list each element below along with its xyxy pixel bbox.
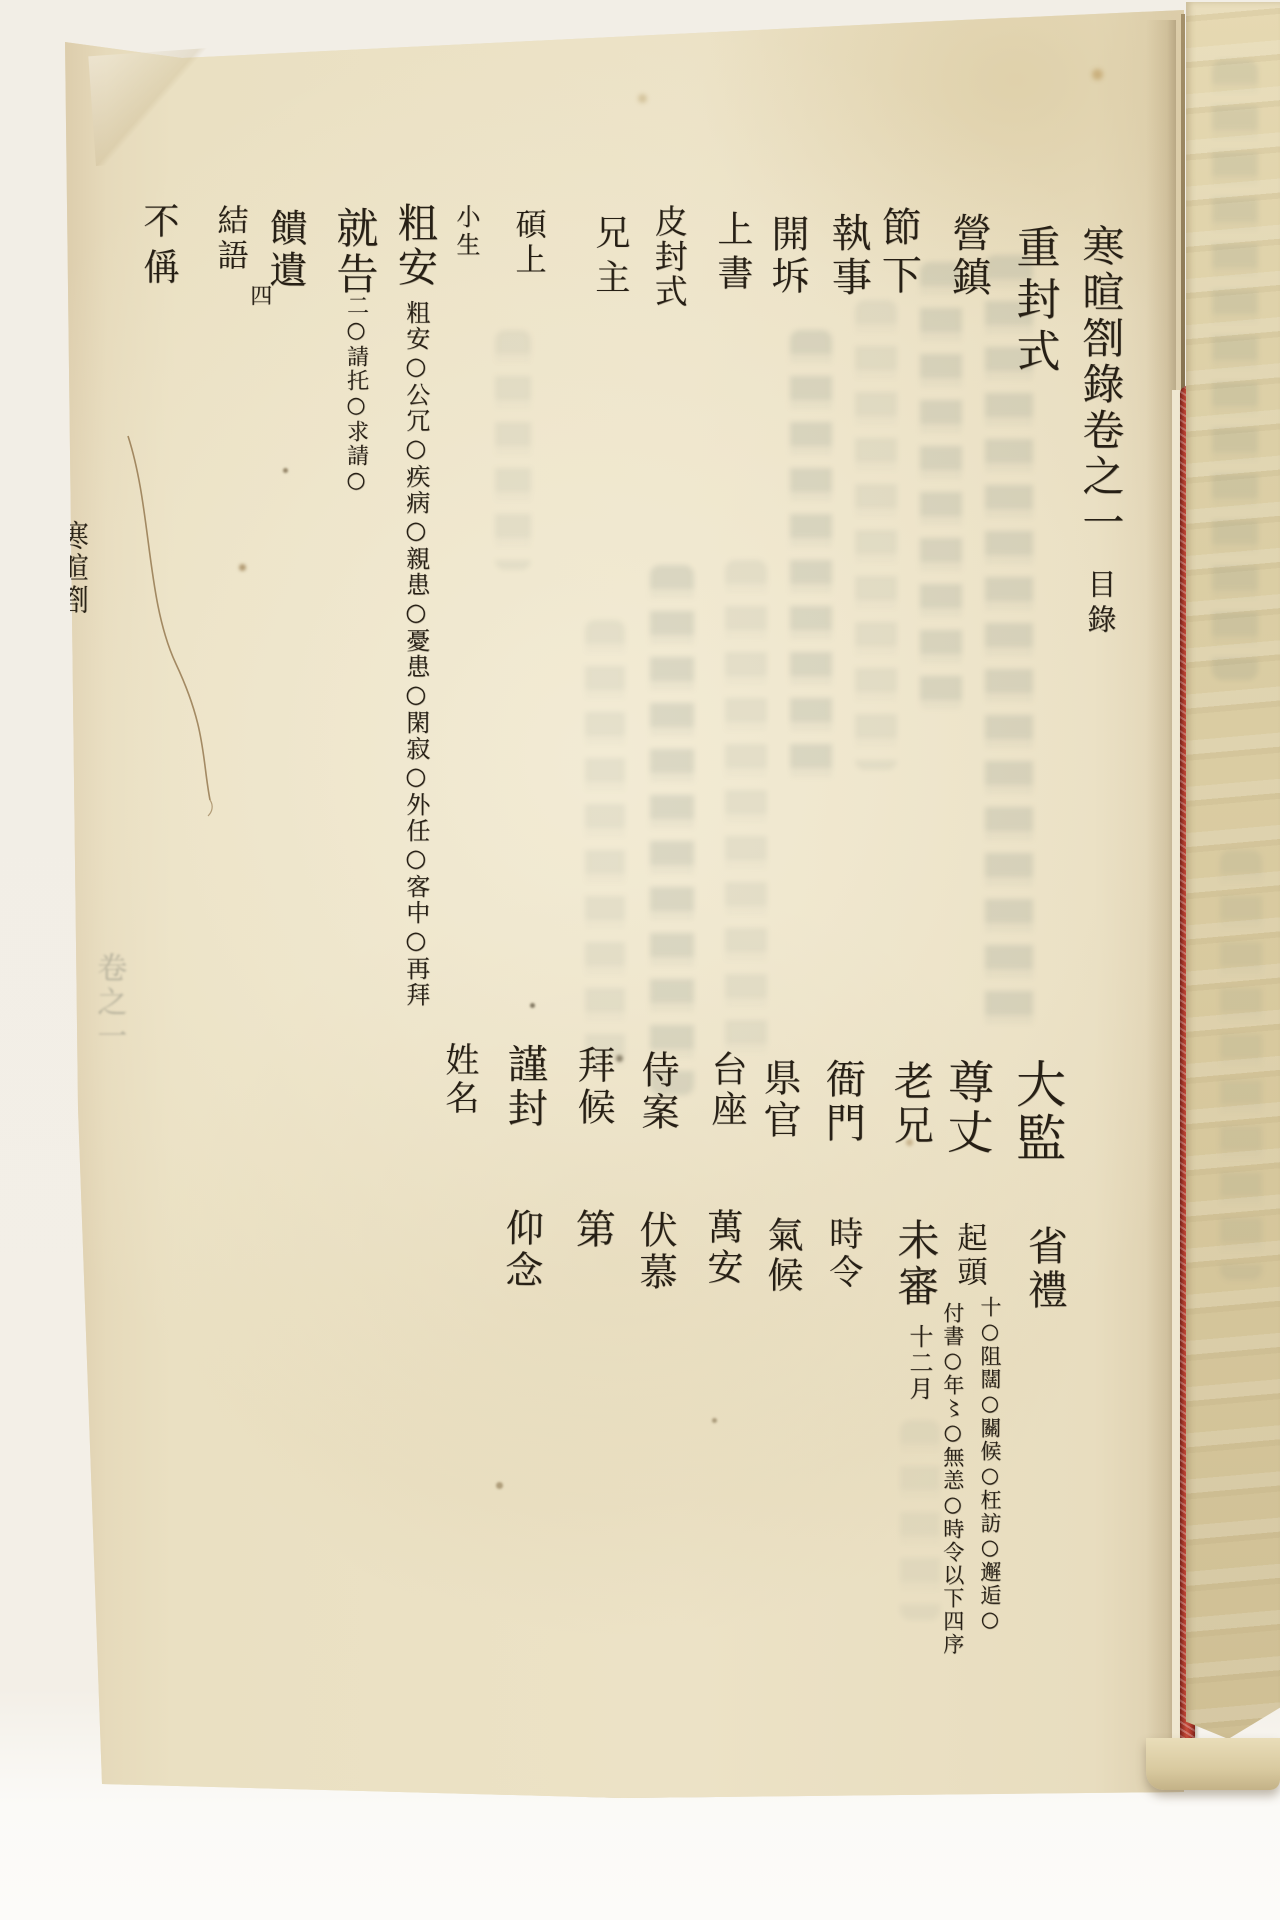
term-jonjang: 尊丈	[941, 1058, 992, 1159]
term-gidu: 起頭	[952, 1222, 984, 1290]
term-sian: 侍案	[636, 1050, 677, 1134]
entry-gyeoleo: 結語	[212, 204, 245, 274]
gidu-note-right: 十○阻闊○關候○枉訪○邂逅○	[976, 1296, 1003, 1633]
photo-background: 寒暄劄錄卷之一 目錄 重封式 營鎮 節下 執事 開坼 上書 皮封式 兄主 碩上 …	[0, 0, 1280, 1920]
book-title: 寒暄劄錄卷之一	[1076, 224, 1125, 546]
term-hyeongwan: 県官	[758, 1058, 799, 1142]
entry-gaetak: 開坼	[766, 214, 807, 298]
entry-bulching: 不偁	[138, 202, 177, 294]
title-sub-mokrok: 目錄	[1083, 569, 1117, 639]
term-geunbong: 謹封	[502, 1043, 545, 1131]
entry-gwiyu: 饋遺	[264, 208, 306, 292]
fore-edge-title-clip: 寒暄劄	[70, 520, 96, 710]
gidu-note-left: 付書○年〻○無恙○時令以下四序	[938, 1302, 966, 1656]
entry-yeongjin: 營鎮	[946, 212, 990, 300]
term-je: 第	[570, 1208, 613, 1252]
binding-crease	[1181, 14, 1185, 394]
bleedthrough-column	[855, 300, 897, 770]
entry-seoksang: 碩上	[510, 208, 543, 278]
term-bokmo: 伏慕	[634, 1210, 675, 1294]
bleedthrough-column	[650, 565, 694, 1095]
term-nohyeong: 老兄	[888, 1060, 931, 1148]
entry-hyeongju: 兄主	[590, 214, 628, 304]
bleedthrough-column	[1220, 850, 1262, 1280]
term-amun: 衙門	[820, 1058, 863, 1146]
bleedthrough-column	[790, 330, 832, 790]
term-misim: 未審	[893, 1218, 938, 1310]
entry-chwigo-note: 二○請托○求請○	[342, 294, 370, 495]
term-baehu: 拜候	[572, 1045, 613, 1129]
bleedthrough-column	[495, 330, 531, 570]
fore-edge-title: 寒暄劄	[70, 520, 86, 616]
bleedthrough-column	[1212, 60, 1258, 680]
term-seongrye: 省禮	[1022, 1225, 1065, 1313]
term-daegam: 大監	[1010, 1058, 1064, 1166]
backing-page-curl	[1146, 1738, 1280, 1790]
entry-pibong-sik: 皮封式	[651, 204, 687, 309]
entry-sangseo: 上書	[712, 210, 751, 298]
term-angnyeom: 仰念	[500, 1208, 542, 1292]
spine-faint-text: 卷之一	[92, 952, 124, 1054]
term-taejwa: 台座	[706, 1050, 745, 1130]
title-column: 寒暄劄錄卷之一 目錄	[1078, 224, 1123, 639]
entry-chwigo: 就告	[332, 206, 377, 298]
corner-fold-crease	[88, 48, 215, 166]
bleedthrough-column	[900, 1420, 940, 1620]
term-manan: 萬安	[702, 1208, 741, 1288]
term-seongmyeong: 姓名	[440, 1042, 477, 1118]
foxing-spots	[0, 0, 5, 5]
bleedthrough-column	[585, 620, 625, 1080]
bleedthrough-column	[920, 262, 962, 712]
entry-choan: 粗安	[392, 202, 435, 290]
term-siryeong: 時令	[824, 1216, 861, 1292]
bleedthrough-column	[725, 560, 767, 1060]
misim-note: 十二月	[905, 1324, 931, 1402]
entry-choan-note: 粗安○公冗○疾病○親患○憂患○閑寂○外任○客中○再拜	[400, 300, 431, 1008]
entry-jungbong-sik: 重封式	[1010, 224, 1058, 380]
entry-gyeoleo-count: 四	[247, 284, 271, 308]
entry-jipsa: 執事	[826, 212, 870, 300]
entry-jeolha: 節下	[876, 206, 919, 302]
term-gihu: 氣候	[762, 1216, 801, 1296]
entry-sosaeng: 小生	[452, 204, 478, 260]
